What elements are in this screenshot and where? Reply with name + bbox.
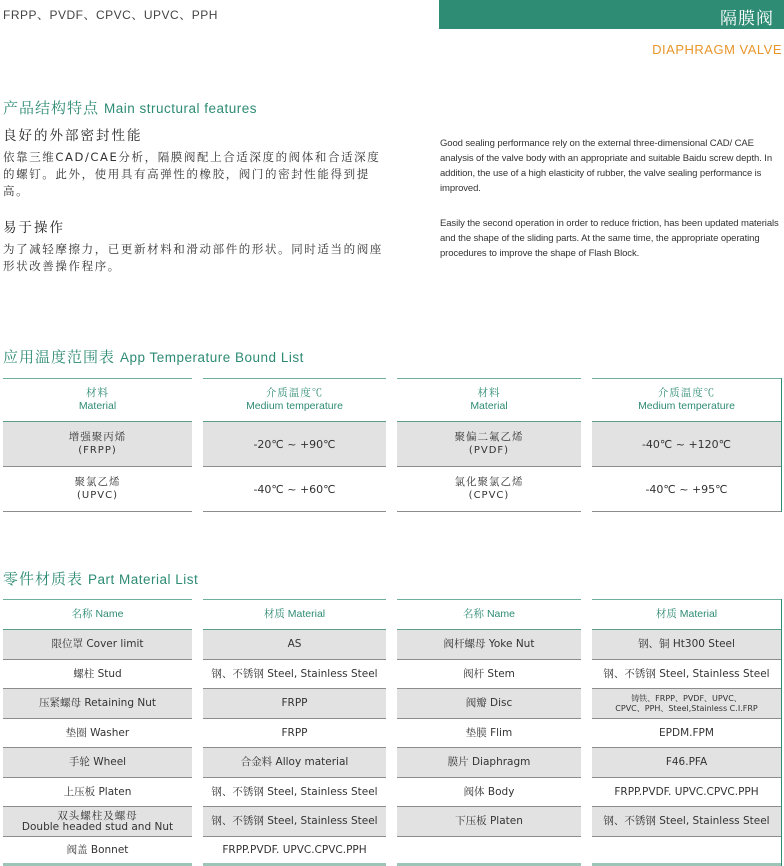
parts-col-name-right: 名称 Name 阀杆螺母 Yoke Nut 阀杆 Stem 阀瓣 Disc 垫膜… — [397, 599, 581, 866]
parts-cell-name: 限位罩 Cover limit — [3, 630, 192, 660]
parts-cell-name: 垫圈 Washer — [3, 719, 192, 748]
temp-cell-range: -40℃ ~ +120℃ — [592, 422, 781, 467]
temp-header-material: 材料 Material — [397, 378, 581, 422]
feature-text-cn-sealing: 依靠三维CAD/CAE分析，隔膜阀配上合适深度的阀体和合适深度的螺钉。此外，使用… — [3, 149, 383, 200]
feature-text-en-operation: Easily the second operation in order to … — [440, 216, 784, 261]
parts-cell-name: 阀盖 Bonnet — [3, 837, 192, 866]
title-banner: 隔膜阀 — [439, 0, 784, 29]
parts-cell-material: FRPP — [203, 719, 386, 748]
temperature-title-en: App Temperature Bound List — [120, 350, 304, 365]
temperature-title-cn: 应用温度范围表 — [3, 348, 115, 366]
features-title: 产品结构特点 Main structural features — [3, 97, 257, 118]
parts-col-name-left: 名称 Name 限位罩 Cover limit 螺柱 Stud 压紧螺母 Ret… — [3, 599, 192, 866]
parts-cell-material: 合金料 Alloy material — [203, 748, 386, 778]
parts-cell-material: AS — [203, 630, 386, 660]
feature-heading-sealing: 良好的外部密封性能 — [3, 124, 143, 144]
temp-header-medium: 介质温度℃ Medium temperature — [592, 378, 781, 422]
temperature-table: 材料 Material 增强聚丙烯 (FRPP) 聚氯乙烯 (UPVC) 介质温… — [0, 378, 784, 512]
parts-cell-material: FRPP — [203, 689, 386, 719]
parts-header-material: 材质 Material — [203, 599, 386, 630]
parts-cell-name: 螺柱 Stud — [3, 660, 192, 689]
parts-cell-name: 垫膜 Flim — [397, 719, 581, 748]
temp-cell-material: 氯化聚氯乙烯 (CPVC) — [397, 467, 581, 512]
parts-cell-material: 钢、不锈钢 Steel, Stainless Steel — [592, 807, 781, 837]
parts-cell-name-empty — [397, 837, 581, 866]
parts-cell-material: 铸铁、FRPP、PVDF、UPVC、 CPVC、PPH、Steel,Stainl… — [592, 689, 781, 719]
features-title-en: Main structural features — [104, 101, 257, 116]
parts-cell-name: 压紧螺母 Retaining Nut — [3, 689, 192, 719]
parts-cell-material: 钢、铜 Ht300 Steel — [592, 630, 781, 660]
parts-title-en: Part Material List — [88, 572, 198, 587]
parts-cell-material-empty — [592, 837, 781, 866]
parts-cell-name: 阀瓣 Disc — [397, 689, 581, 719]
parts-cell-material: FRPP.PVDF. UPVC.CPVC.PPH — [592, 778, 781, 807]
features-title-cn: 产品结构特点 — [3, 99, 99, 117]
parts-cell-name: 手轮 Wheel — [3, 748, 192, 778]
temp-col-material-left: 材料 Material 增强聚丙烯 (FRPP) 聚氯乙烯 (UPVC) — [3, 378, 192, 512]
parts-cell-material: 钢、不锈钢 Steel, Stainless Steel — [203, 660, 386, 689]
temp-header-material: 材料 Material — [3, 378, 192, 422]
parts-header-name: 名称 Name — [397, 599, 581, 630]
banner-subtitle: DIAPHRAGM VALVE — [652, 42, 782, 57]
temp-header-medium: 介质温度℃ Medium temperature — [203, 378, 386, 422]
parts-col-material-left: 材质 Material AS 钢、不锈钢 Steel, Stainless St… — [203, 599, 386, 866]
temp-col-material-right: 材料 Material 聚偏二氟乙烯 (PVDF) 氯化聚氯乙烯 (CPVC) — [397, 378, 581, 512]
parts-table: 名称 Name 限位罩 Cover limit 螺柱 Stud 压紧螺母 Ret… — [0, 599, 784, 866]
parts-cell-name: 阀杆 Stem — [397, 660, 581, 689]
temp-cell-material: 聚氯乙烯 (UPVC) — [3, 467, 192, 512]
parts-header-name: 名称 Name — [3, 599, 192, 630]
feature-heading-operation: 易于操作 — [3, 216, 65, 236]
temperature-title: 应用温度范围表 App Temperature Bound List — [3, 346, 304, 367]
temp-cell-range: -20℃ ~ +90℃ — [203, 422, 386, 467]
temp-col-range-right: 介质温度℃ Medium temperature -40℃ ~ +120℃ -4… — [592, 378, 782, 512]
parts-cell-name: 上压板 Platen — [3, 778, 192, 807]
temp-cell-material: 增强聚丙烯 (FRPP) — [3, 422, 192, 467]
temp-cell-material: 聚偏二氟乙烯 (PVDF) — [397, 422, 581, 467]
parts-cell-material: 钢、不锈钢 Steel, Stainless Steel — [203, 807, 386, 837]
temp-cell-range: -40℃ ~ +60℃ — [203, 467, 386, 512]
parts-cell-name: 阀杆螺母 Yoke Nut — [397, 630, 581, 660]
parts-col-material-right: 材质 Material 钢、铜 Ht300 Steel 钢、不锈钢 Steel,… — [592, 599, 782, 866]
parts-cell-name: 双头螺柱及螺母 Double headed stud and Nut — [3, 807, 192, 837]
feature-text-en-sealing: Good sealing performance rely on the ext… — [440, 136, 784, 196]
parts-cell-name: 下压板 Platen — [397, 807, 581, 837]
parts-cell-name: 膜片 Diaphragm — [397, 748, 581, 778]
parts-cell-material: EPDM.FPM — [592, 719, 781, 748]
parts-title-cn: 零件材质表 — [3, 570, 83, 588]
parts-cell-name: 阀体 Body — [397, 778, 581, 807]
temp-cell-range: -40℃ ~ +95℃ — [592, 467, 781, 512]
parts-title: 零件材质表 Part Material List — [3, 568, 198, 589]
parts-cell-material: FRPP.PVDF. UPVC.CPVC.PPH — [203, 837, 386, 866]
feature-text-cn-operation: 为了减轻摩擦力，已更新材料和滑动部件的形状。同时适当的阀座形状改善操作程序。 — [3, 241, 383, 275]
materials-line: FRPP、PVDF、CPVC、UPVC、PPH — [3, 6, 218, 23]
temp-col-range-left: 介质温度℃ Medium temperature -20℃ ~ +90℃ -40… — [203, 378, 386, 512]
parts-cell-material: F46.PFA — [592, 748, 781, 778]
parts-header-material: 材质 Material — [592, 599, 781, 630]
parts-cell-material: 钢、不锈钢 Steel, Stainless Steel — [592, 660, 781, 689]
banner-title: 隔膜阀 — [720, 4, 774, 29]
parts-cell-material: 钢、不锈钢 Steel, Stainless Steel — [203, 778, 386, 807]
